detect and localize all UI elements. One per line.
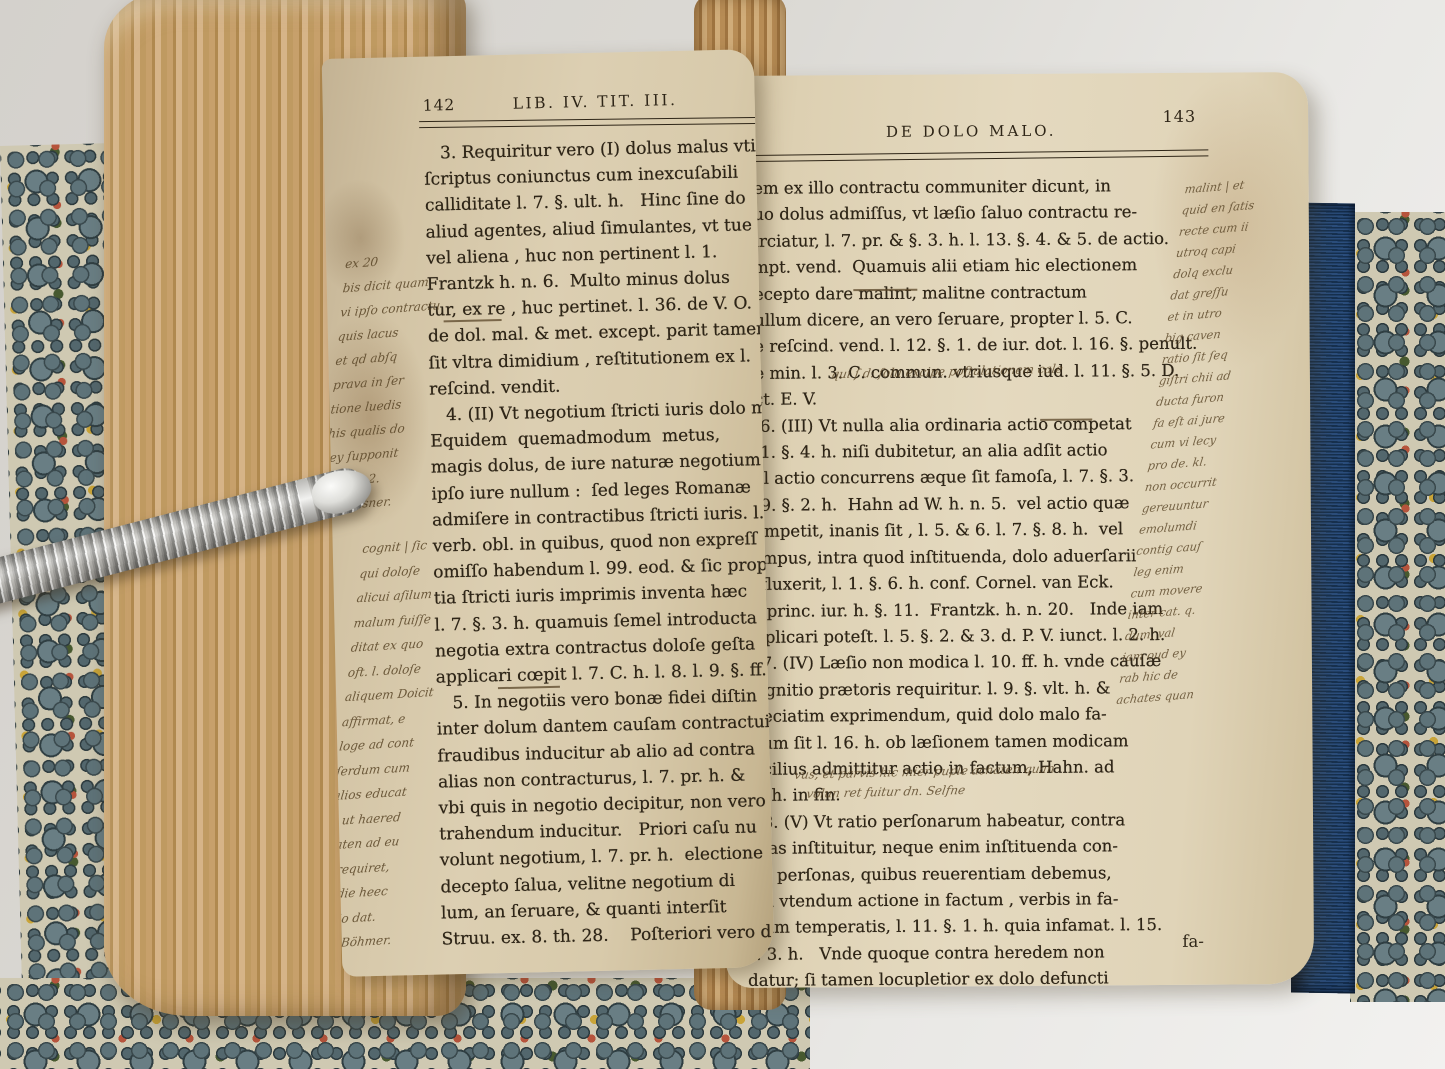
right-page: DE DOLO MALO. 143 nem ex illo contractu … [720, 72, 1314, 988]
left-page: 142 LIB. IV. TIT. III. 3. Requiritur ver… [322, 49, 775, 977]
running-title-left: LIB. IV. TIT. III. [513, 91, 678, 113]
printed-line: ctum ſit l. 16. h. ob læſionem tamen mod… [746, 727, 1208, 757]
printed-line: §. 3. h. Vnde quoque contra heredem non [748, 938, 1210, 968]
printed-line: vel actio concurrens æque ſit famoſa, l.… [745, 463, 1207, 493]
printed-line: ctum temperatis, l. 11. §. 1. h. quia in… [748, 912, 1210, 942]
printed-line: l. 1. §. 4. h. niſi dubitetur, an alia a… [744, 437, 1206, 467]
printed-line: quo dolus admiſſus, vt læſio ſaluo contr… [743, 199, 1205, 229]
printed-line: ſarciatur, l. 7. pr. & §. 3. h. l. 13. §… [743, 225, 1205, 255]
marbled-endpaper-right [1350, 212, 1445, 1002]
catchword: fa- [1182, 932, 1204, 951]
printed-line: empt. vend. Quamuis alii etiam hic elect… [743, 252, 1205, 282]
printed-line: l. 9. §. 2. h. Hahn ad W. h. n. 5. vel a… [745, 490, 1207, 520]
header-rule-right [730, 149, 1208, 162]
printed-line: tra perſonas, quibus reuerentiam debemus… [747, 859, 1209, 889]
printed-text-left: 3. Requiritur vero (I) dolus malus vtiſc… [424, 133, 774, 953]
page-number-right: 143 [1163, 107, 1197, 126]
printed-line: 6. (III) Vt nulla alia ordinaria actio c… [744, 410, 1206, 440]
running-title-right: DE DOLO MALO. 143 [742, 121, 1200, 142]
printed-line: act. E. V. [744, 384, 1206, 414]
printed-line: 8. (V) Vt ratio perſonarum habeatur, con… [747, 806, 1209, 836]
page-number-left: 142 [423, 95, 513, 115]
printed-line: ſed vtendum actione in factum , verbis i… [747, 886, 1209, 916]
page-header-left: 142 LIB. IV. TIT. III. [423, 89, 755, 115]
photo-scene: DE DOLO MALO. 143 nem ex illo contractu … [0, 0, 1445, 1069]
printed-line: quas inſtituitur, neque enim inſtituenda… [747, 833, 1209, 863]
printed-line: de reſcind. vend. l. 12. §. 1. de iur. d… [744, 331, 1206, 361]
printed-line: nem ex illo contractu communiter dicunt,… [743, 173, 1205, 203]
header-rule-left [419, 117, 755, 128]
running-title-right-text: DE DOLO MALO. [886, 122, 1057, 141]
hand-underline [1040, 418, 1092, 420]
printed-line: nullum dicere, an vero ſeruare, propter … [743, 305, 1205, 335]
printed-line: decepto dare malint, malitne contractum [743, 278, 1205, 308]
printed-line: datur; ſi tamen locupletior ex dolo defu… [748, 965, 1210, 988]
